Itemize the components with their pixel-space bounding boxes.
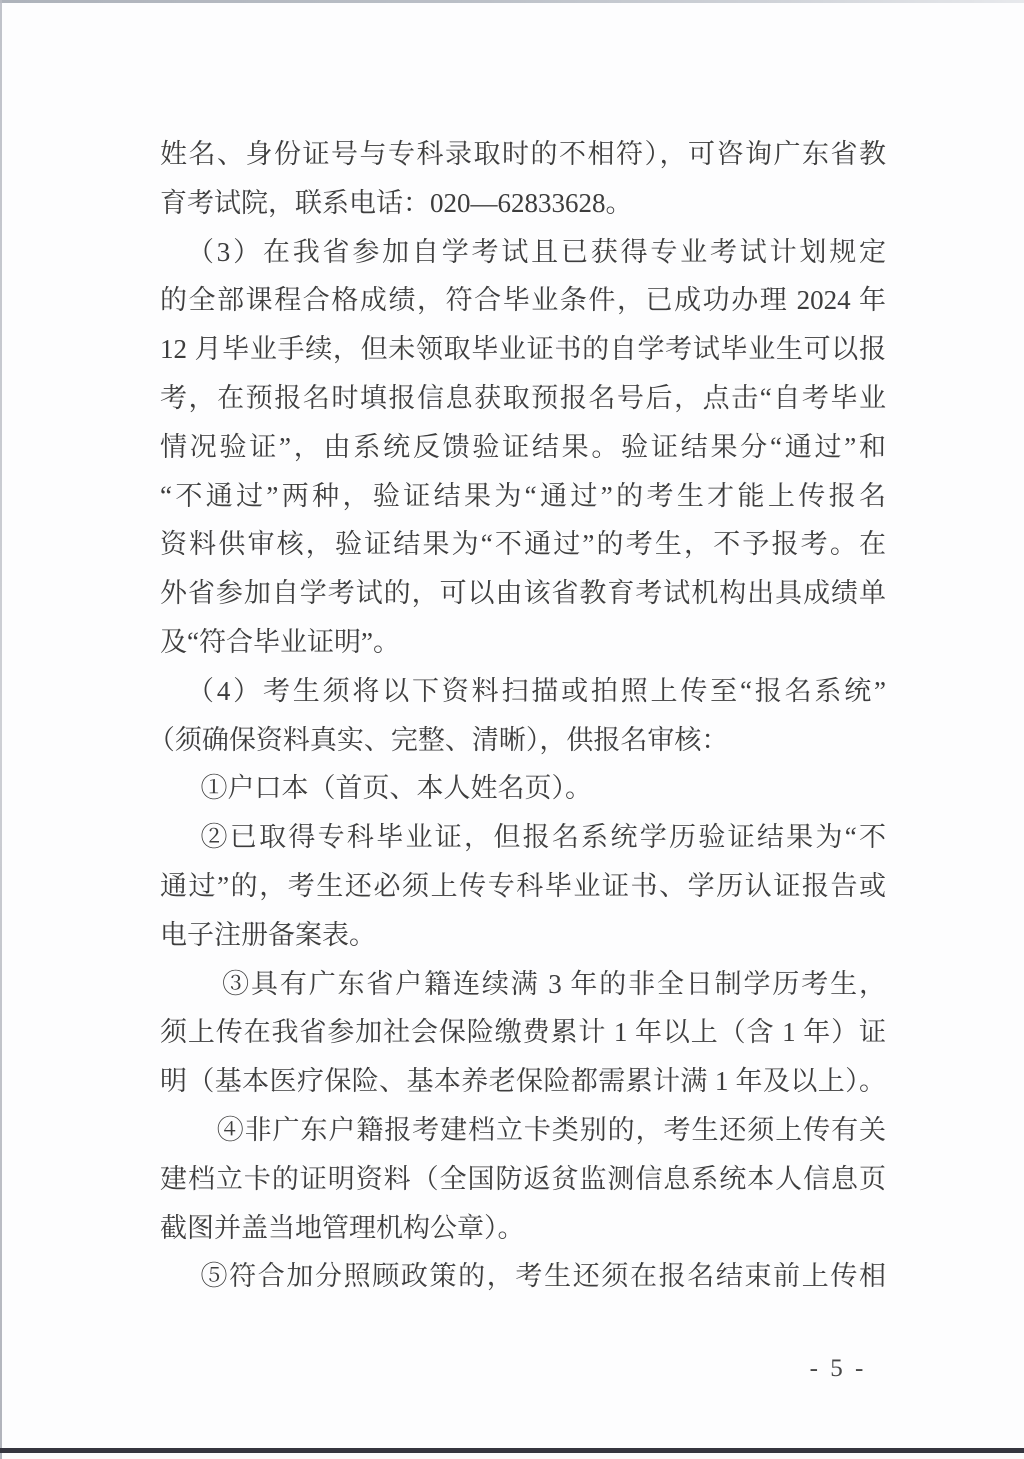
text-line: 截图并盖当地管理机构公章）。 — [160, 1204, 886, 1253]
text-line: （须确保资料真实、完整、清晰），供报名审核： — [160, 716, 886, 765]
top-scan-edge — [0, 0, 1024, 3]
text-line: 资料供审核，验证结果为“不通过”的考生，不予报考。在 — [160, 520, 886, 569]
text-line: 姓名、身份证号与专科录取时的不相符），可咨询广东省教 — [160, 130, 886, 179]
text-line: ③具有广东省户籍连续满 3 年的非全日制学历考生， — [160, 960, 886, 1009]
text-line: 的全部课程合格成绩，符合毕业条件，已成功办理 2024 年 — [160, 276, 886, 325]
text-line: 通过”的，考生还必须上传专科毕业证书、学历认证报告或 — [160, 862, 886, 911]
text-line: 情况验证”，由系统反馈验证结果。验证结果分“通过”和 — [160, 423, 886, 472]
text-line: 外省参加自学考试的，可以由该省教育考试机构出具成绩单 — [160, 569, 886, 618]
text-line: （4）考生须将以下资料扫描或拍照上传至“报名系统” — [160, 667, 886, 716]
text-line: 及“符合毕业证明”。 — [160, 618, 886, 667]
text-line: ⑤符合加分照顾政策的，考生还须在报名结束前上传相 — [160, 1252, 886, 1301]
text-line: ②已取得专科毕业证，但报名系统学历验证结果为“不 — [160, 813, 886, 862]
document-page: 姓名、身份证号与专科录取时的不相符），可咨询广东省教 育考试院，联系电话：020… — [0, 0, 1024, 1459]
text-line: 须上传在我省参加社会保险缴费累计 1 年以上（含 1 年）证 — [160, 1008, 886, 1057]
text-line: 明（基本医疗保险、基本养老保险都需累计满 1 年及以上）。 — [160, 1057, 886, 1106]
text-line: “不通过”两种，验证结果为“通过”的考生才能上传报名 — [160, 472, 886, 521]
text-line: 考，在预报名时填报信息获取预报名号后，点击“自考毕业 — [160, 374, 886, 423]
document-body: 姓名、身份证号与专科录取时的不相符），可咨询广东省教 育考试院，联系电话：020… — [160, 130, 886, 1301]
text-line: ④非广东户籍报考建档立卡类别的，考生还须上传有关 — [160, 1106, 886, 1155]
left-scan-edge — [0, 0, 2, 1459]
text-line: 电子注册备案表。 — [160, 911, 886, 960]
bottom-scan-edge — [0, 1448, 1024, 1453]
text-line: ①户口本（首页、本人姓名页）。 — [160, 764, 886, 813]
text-line: 育考试院，联系电话：020—62833628。 — [160, 179, 886, 228]
text-line: （3）在我省参加自学考试且已获得专业考试计划规定 — [160, 228, 886, 277]
text-line: 建档立卡的证明资料（全国防返贫监测信息系统本人信息页 — [160, 1155, 886, 1204]
text-line: 12 月毕业手续，但未领取毕业证书的自学考试毕业生可以报 — [160, 325, 886, 374]
page-number: - 5 - — [794, 1353, 882, 1385]
